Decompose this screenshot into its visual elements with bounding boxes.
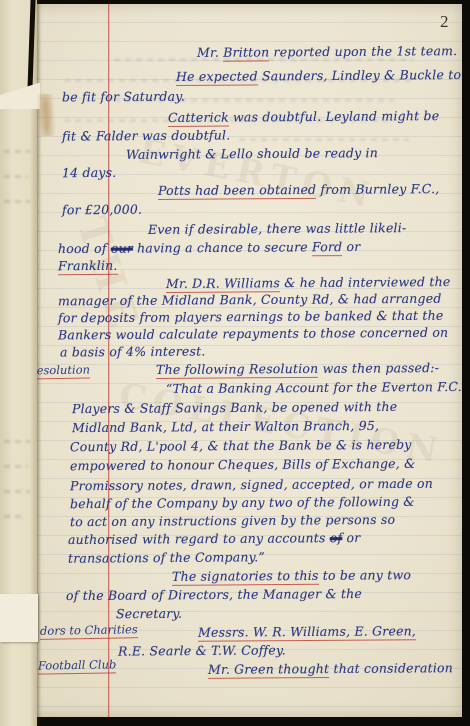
bleed-through-line — [239, 138, 409, 141]
manuscript-line: The signatories to this to be any two — [172, 567, 411, 584]
red-underlined-text: Mr. D.R. Williams — [166, 275, 280, 293]
manuscript-line: Secretary. — [116, 606, 182, 621]
watermark-text: EVERTON — [135, 131, 379, 216]
manuscript-line: Even if desirable, there was little like… — [148, 220, 406, 237]
red-underlined-text: The following Resolution — [156, 361, 318, 379]
ink-text: was doubtful. Leyland might be — [229, 108, 440, 124]
manuscript-line: fit & Falder was doubtful. — [62, 127, 230, 143]
manuscript-line: He expected Saunders, Lindley & Buckle t… — [176, 67, 461, 84]
manuscript-line: The following Resolution was then passed… — [156, 360, 439, 377]
struck-out-text: of — [330, 530, 343, 545]
margin-note: Resolution — [28, 362, 90, 379]
manuscript-line: Promissory notes, drawn, signed, accepte… — [70, 476, 433, 494]
manuscript-line: transactions of the Company.” — [68, 549, 265, 565]
manuscript-line: authorised with regard to any accounts o… — [68, 530, 360, 547]
manuscript-line: to act on any instructions given by the … — [70, 512, 395, 529]
red-underlined-text: Ford — [312, 239, 342, 256]
ink-text: for deposits from players earnings to be… — [58, 308, 444, 326]
ink-text: empowered to honour Cheques, Bills of Ex… — [70, 456, 416, 473]
red-underlined-text: Messrs. W. R. Williams, E. Green, — [198, 623, 416, 642]
ink-text: to act on any instructions given by the … — [70, 512, 395, 529]
minute-page: THE EVERTON COLLECTION 2 Mr. Britton rep… — [9, 4, 462, 717]
manuscript-line: Mr. Britton reported upon the 1st team. — [197, 43, 457, 60]
bleed-through-line — [4, 150, 30, 153]
underlying-page-corner — [0, 594, 38, 642]
ink-text: Mr. — [197, 45, 223, 60]
manuscript-line: Mr. D.R. Williams & he had interviewed t… — [166, 274, 451, 291]
ink-text: R.E. Searle & T.W. Coffey. — [118, 642, 286, 658]
manuscript-line: for deposits from players earnings to be… — [58, 308, 444, 326]
ink-text: or — [342, 239, 360, 254]
red-underlined-text: The signatories to this — [172, 568, 319, 586]
ink-text: that consideration — [329, 660, 453, 676]
ink-text: be fit for Saturday. — [62, 89, 185, 105]
paper-stain — [37, 94, 55, 136]
ink-text: to be any two — [319, 567, 412, 583]
bleed-through-line — [4, 175, 28, 178]
red-underlined-text: He expected — [176, 68, 258, 86]
manuscript-line: hood of our having a chance to secure Fo… — [58, 239, 360, 256]
manuscript-line: Wainwright & Lello should be ready in — [126, 145, 378, 162]
manuscript-line: of the Board of Directors, the Manager &… — [66, 586, 362, 603]
ink-text: hood of — [58, 241, 111, 256]
ink-text: or — [342, 530, 360, 545]
manuscript-line: for £20,000. — [62, 202, 142, 218]
ink-text: reported upon the 1st team. — [269, 43, 457, 59]
page-number: 2 — [440, 12, 449, 32]
manuscript-line: Bankers would calculate repayments to th… — [58, 325, 448, 343]
ink-text: behalf of the Company by any two of the … — [70, 494, 415, 511]
ink-text: Secretary. — [116, 606, 182, 621]
red-margin-rule — [108, 4, 109, 717]
ink-text: Even if desirable, there was little like… — [148, 220, 406, 237]
ink-text: County Rd, L'pool 4, & that the Bank be … — [70, 437, 412, 454]
ink-text: manager of the Midland Bank, County Rd, … — [58, 291, 442, 309]
ink-text: Wainwright & Lello should be ready in — [126, 145, 378, 162]
ink-text: fit & Falder was doubtful. — [62, 127, 230, 143]
ink-text: Players & Staff Savings Bank, be opened … — [72, 399, 397, 416]
manuscript-line: County Rd, L'pool 4, & that the Bank be … — [70, 437, 412, 454]
manuscript-line: be fit for Saturday. — [62, 89, 185, 105]
bleed-through-line — [4, 200, 30, 203]
ink-text: “That a Banking Account for the Everton … — [166, 379, 462, 396]
bleed-through-line — [4, 465, 28, 468]
red-underlined-text: Catterick — [168, 110, 229, 127]
manuscript-line: Potts had been obtained from Burnley F.C… — [158, 181, 440, 198]
manuscript-line: a basis of 4% interest. — [60, 343, 206, 359]
scanned-minute-book-photo: THE EVERTON COLLECTION 2 Mr. Britton rep… — [0, 0, 470, 726]
ink-text: Midland Bank, Ltd, at their Walton Branc… — [72, 418, 379, 435]
manuscript-line: Messrs. W. R. Williams, E. Green, — [198, 623, 416, 640]
ink-text: for £20,000. — [62, 202, 142, 218]
ink-text: 14 days. — [62, 165, 116, 180]
manuscript-line: Catterick was doubtful. Leyland might be — [168, 108, 439, 125]
red-underlined-text: Mr. Green thought — [208, 661, 329, 679]
manuscript-line: Mr. Green thought that consideration — [208, 660, 453, 677]
ink-text: a basis of 4% interest. — [60, 343, 206, 359]
bleed-through-line — [4, 440, 30, 443]
manuscript-line: Players & Staff Savings Bank, be opened … — [72, 399, 397, 416]
ink-text: Saunders, Lindley & Buckle to — [258, 67, 462, 83]
manuscript-line: 14 days. — [62, 165, 116, 180]
struck-out-text: our — [111, 241, 133, 256]
ink-text: was then passed:- — [318, 360, 439, 376]
ink-text: & he had interviewed the — [280, 274, 451, 290]
manuscript-line: Franklin. — [58, 258, 118, 273]
ink-text: of the Board of Directors, the Manager &… — [66, 586, 362, 603]
margin-note: dors to Charities — [40, 622, 138, 640]
ink-text: authorised with regard to any accounts — [68, 530, 330, 547]
margin-note: Football Club — [38, 657, 117, 674]
ink-text: having a chance to secure — [133, 239, 312, 255]
red-underlined-text: Britton — [223, 44, 269, 61]
ink-text: transactions of the Company.” — [68, 549, 265, 565]
red-underlined-text: Potts had been obtained — [158, 182, 316, 200]
manuscript-line: “That a Banking Account for the Everton … — [166, 379, 462, 396]
manuscript-line: empowered to honour Cheques, Bills of Ex… — [70, 456, 416, 473]
manuscript-line: manager of the Midland Bank, County Rd, … — [58, 291, 442, 309]
ink-text: from Burnley F.C., — [316, 181, 439, 197]
ink-text: Promissory notes, drawn, signed, accepte… — [70, 476, 433, 494]
ink-text: Bankers would calculate repayments to th… — [58, 325, 448, 343]
bleed-through-line — [4, 515, 26, 518]
manuscript-line: Midland Bank, Ltd, at their Walton Branc… — [72, 418, 379, 435]
red-underlined-text: Franklin. — [58, 258, 118, 275]
manuscript-line: behalf of the Company by any two of the … — [70, 494, 415, 511]
bleed-through-line — [4, 490, 30, 493]
manuscript-line: R.E. Searle & T.W. Coffey. — [118, 642, 286, 658]
